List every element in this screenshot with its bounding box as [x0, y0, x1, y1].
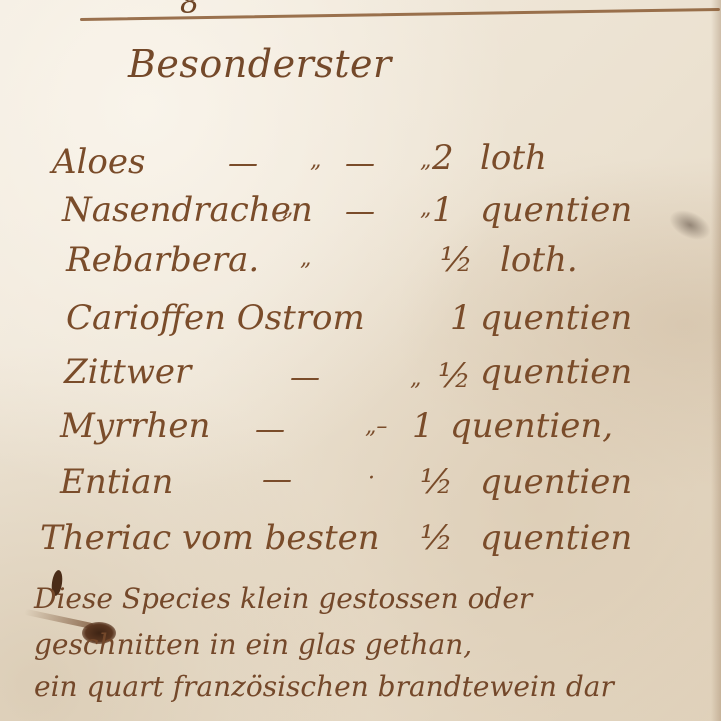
- ingredient-name: Myrrhen: [60, 406, 210, 446]
- ingredient-unit: quentien: [480, 462, 632, 502]
- instruction-line: geschnitten in ein glas gethan,: [34, 628, 472, 661]
- ditto-dash: —: [345, 146, 375, 181]
- ingredient-unit: loth.: [500, 240, 578, 280]
- ingredient-name: Nasendrachen: [62, 190, 313, 230]
- ingredient-row: Theriac vom besten ½ quentien: [0, 518, 721, 578]
- ingredient-quantity: 2: [432, 138, 454, 178]
- ingredient-row: Zittwer — „ ½ quentien: [0, 352, 721, 412]
- page-heading: Besonderster: [128, 42, 392, 86]
- ingredient-name: Theriac vom besten: [40, 518, 380, 558]
- ditto-dash: —: [262, 462, 292, 497]
- instruction-line: ein quart französischen brandtewein dar: [34, 670, 614, 703]
- ingredient-quantity: 1: [432, 190, 454, 230]
- ingredient-name: Zittwer: [64, 352, 191, 392]
- ingredient-quantity: ½: [440, 240, 473, 280]
- ingredient-name: Entian: [60, 462, 173, 502]
- ingredient-quantity: ½: [420, 518, 453, 558]
- ingredient-name: Carioffen Ostrom: [66, 298, 365, 338]
- ingredient-quantity: 1: [412, 406, 434, 446]
- ditto-dash: —: [228, 146, 258, 181]
- instruction-line: Diese Species klein gestossen oder: [34, 582, 532, 615]
- ingredient-row: Myrrhen — „– 1 quentien,: [0, 406, 721, 466]
- ingredient-unit: quentien,: [450, 406, 613, 446]
- ingredient-quantity: ½: [420, 462, 453, 502]
- ditto-dash: —: [345, 194, 375, 229]
- ingredient-name: Rebarbera.: [66, 240, 259, 280]
- ditto-mark: „: [282, 196, 293, 221]
- manuscript-page: 8 Besonderster Aloes — „ — „ 2 loth Nase…: [0, 0, 721, 721]
- ditto-mark: „: [410, 366, 421, 391]
- ingredient-unit: quentien: [480, 518, 632, 558]
- ingredient-row: Entian — · ½ quentien: [0, 462, 721, 522]
- ditto-mark: ·: [368, 466, 375, 491]
- ingredient-quantity: 1: [450, 298, 472, 338]
- ditto-mark: „: [300, 246, 311, 271]
- ingredient-unit: quentien: [480, 352, 632, 392]
- ditto-mark: „: [310, 148, 321, 173]
- ingredient-unit: loth: [480, 138, 547, 178]
- ditto-mark: „–: [365, 414, 387, 439]
- ingredient-name: Aloes: [52, 142, 145, 182]
- ingredient-unit: quentien: [480, 298, 632, 338]
- header-rule-line: [80, 8, 720, 21]
- ditto-dash: —: [290, 360, 320, 395]
- ingredient-quantity: ½: [438, 356, 471, 396]
- ingredient-unit: quentien: [480, 190, 632, 230]
- ditto-mark: „: [420, 148, 431, 173]
- ditto-dash: —: [255, 412, 285, 447]
- ditto-mark: „: [420, 196, 431, 221]
- ingredient-row: Carioffen Ostrom 1 quentien: [0, 298, 721, 358]
- ingredient-row: Rebarbera. „ ½ loth.: [0, 240, 721, 300]
